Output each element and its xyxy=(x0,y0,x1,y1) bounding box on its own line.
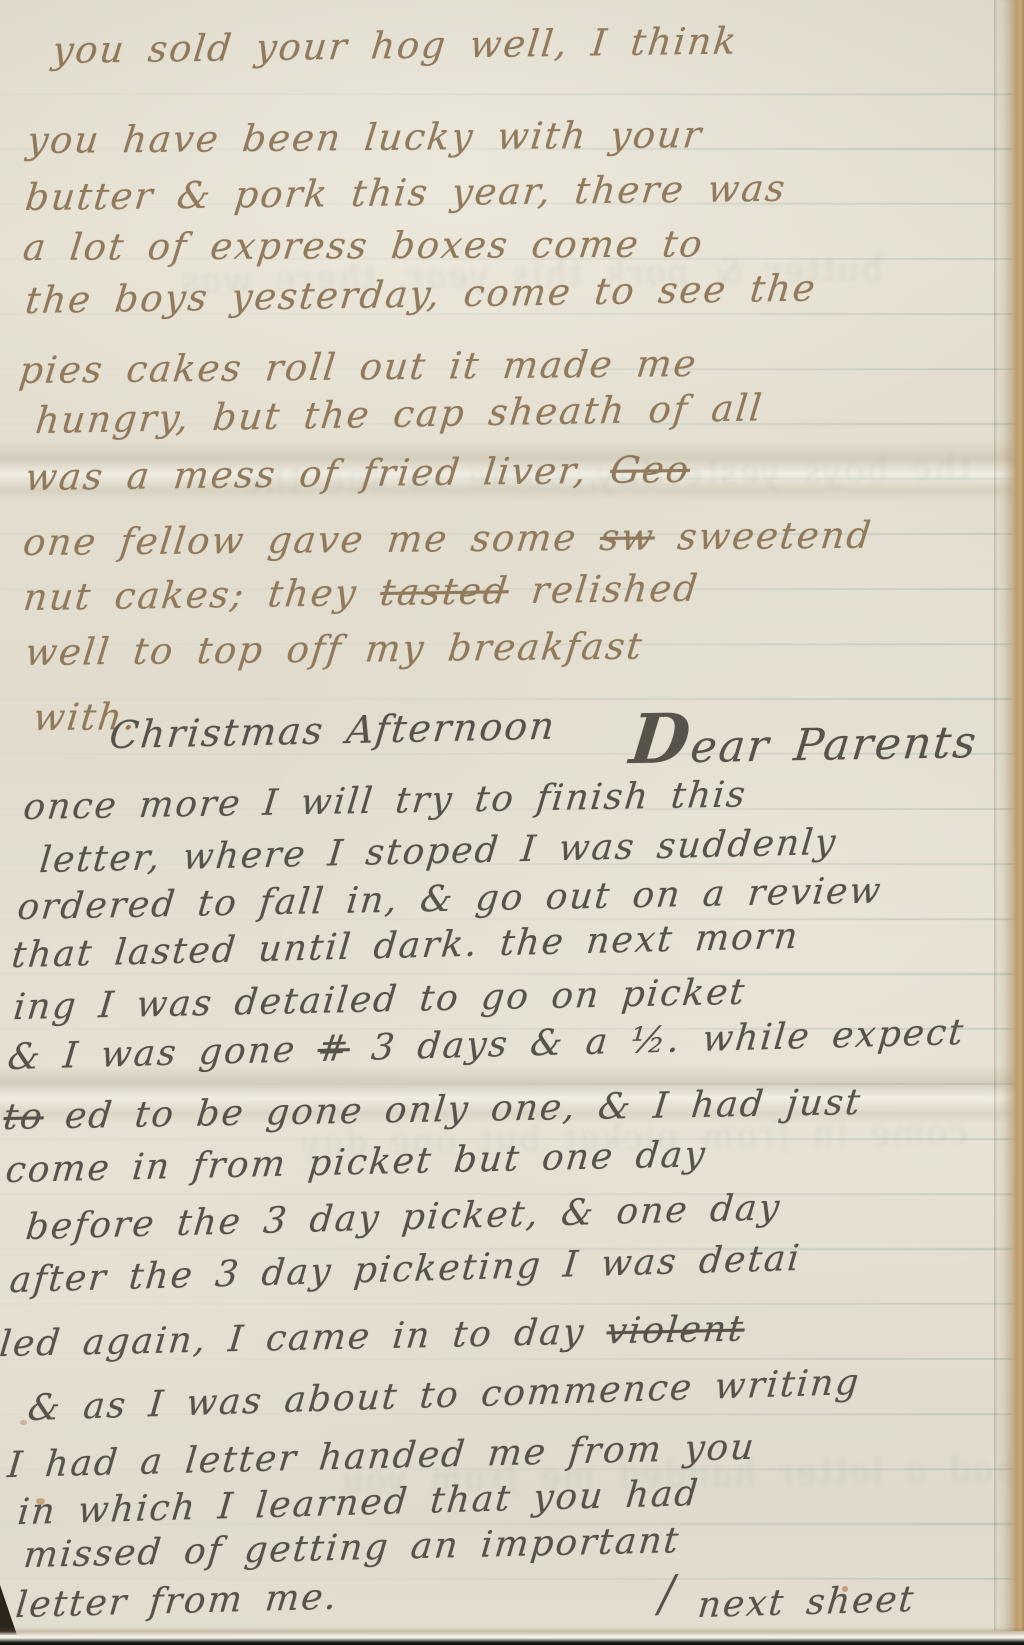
salutation: Dear Parents xyxy=(626,692,983,783)
page-edge-bottom xyxy=(0,1627,1024,1645)
letter-page: butter & pork this year, there was the b… xyxy=(0,0,1024,1645)
letter-line: butter & pork this year, there was xyxy=(23,166,789,222)
line-text: one fellow gave me some xyxy=(21,516,603,564)
line-text: was a mess of fried liver, xyxy=(23,449,613,499)
struck-word: sw xyxy=(598,515,658,559)
line-text: well to top off my breakfast xyxy=(23,625,646,675)
next-sheet-note: next sheet xyxy=(696,1577,918,1628)
line-text: sweetend xyxy=(652,514,874,559)
line-text: nut cakes; they xyxy=(21,571,383,619)
line-text: relished xyxy=(506,567,701,613)
letter-line: well to top off my breakfast xyxy=(23,624,646,677)
letter-line: you have been lucky with your xyxy=(25,112,706,164)
letter-line: a lot of express boxes come to xyxy=(21,221,707,271)
heading-date: Christmas Afternoon xyxy=(107,703,558,760)
line-text: a lot of express boxes come to xyxy=(21,222,706,269)
closing-line: letter from me. xyxy=(14,1575,341,1629)
struck-word: to xyxy=(1,1096,45,1138)
letter-line: was a mess of fried liver, Geo xyxy=(23,447,693,501)
letter-line: one fellow gave me some sw sweetend xyxy=(21,513,875,567)
letter-line: you sold your hog well, I think xyxy=(50,18,740,74)
struck-word: violent xyxy=(605,1308,747,1352)
paper-stain xyxy=(36,1498,45,1505)
paper-stain xyxy=(20,1420,27,1425)
paper-stain xyxy=(842,1586,848,1592)
line-text: you have been lucky with your xyxy=(25,113,705,162)
line-text: butter & pork this year, there was xyxy=(23,167,789,219)
page-edge-right xyxy=(994,0,1024,1631)
letter-line: nut cakes; they tasted relished xyxy=(21,566,702,622)
line-text: & I was gone xyxy=(6,1029,320,1078)
struck-word: tasted xyxy=(378,569,511,614)
struck-word: Geo xyxy=(608,448,692,492)
line-text: pies cakes roll out it made me xyxy=(17,342,700,392)
line-text: you sold your hog well, I think xyxy=(50,19,740,72)
pen-slash: / xyxy=(658,1564,677,1625)
letter-line: pies cakes roll out it made me xyxy=(17,341,700,394)
struck-word: # xyxy=(316,1028,352,1070)
